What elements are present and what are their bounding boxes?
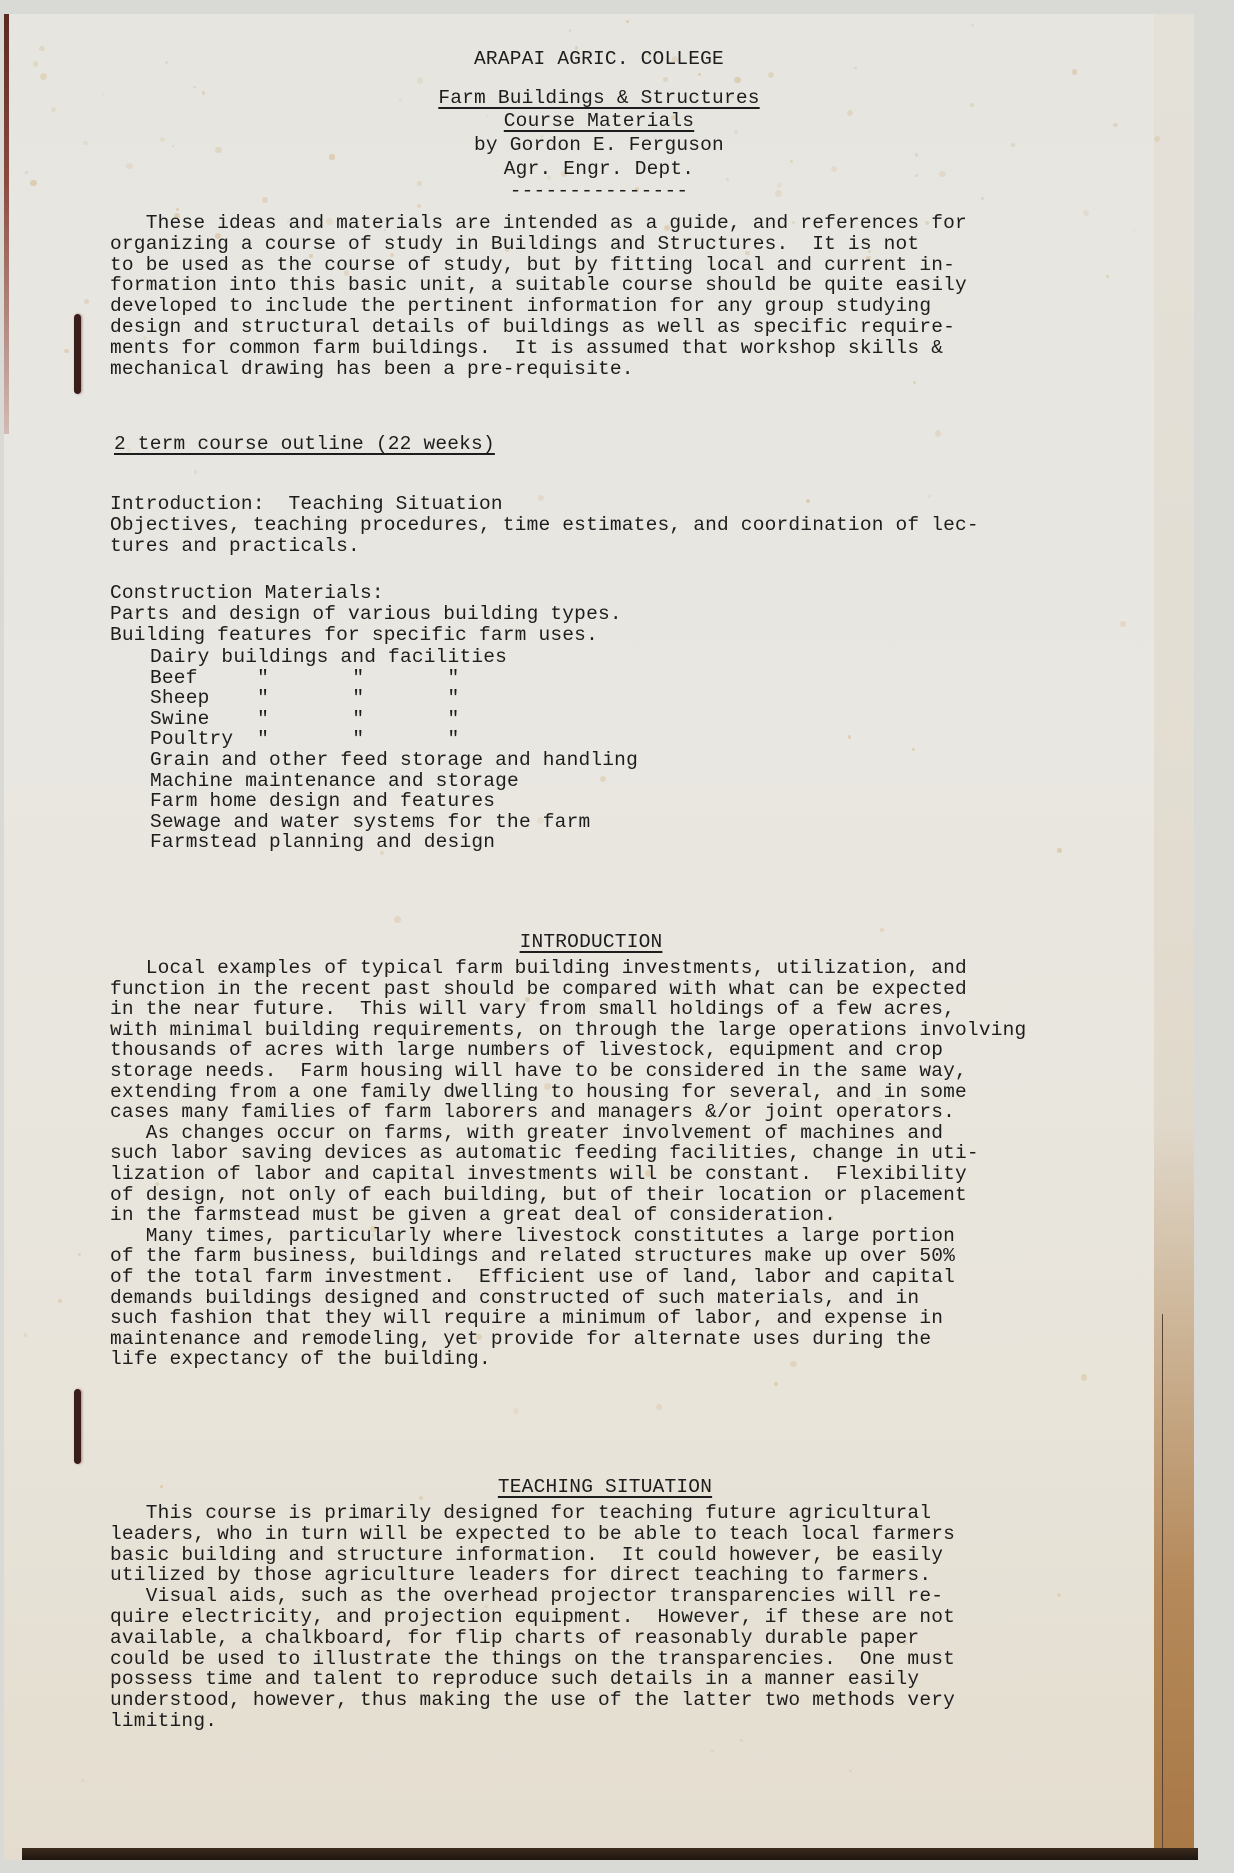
teaching-line: could be used to illustrate the things o…: [110, 1648, 955, 1670]
teaching-line: limiting.: [110, 1710, 217, 1732]
document-subtitle: Course Materials: [4, 110, 1194, 132]
outline-sub-item: Farm home design and features: [150, 790, 495, 812]
teaching-line: quire electricity, and projection equipm…: [110, 1606, 955, 1628]
introduction-line: Many times, particularly where livestock…: [110, 1225, 955, 1247]
introduction-line: cases many families of farm laborers and…: [110, 1101, 955, 1123]
introduction-line: with minimal building requirements, on t…: [110, 1019, 1026, 1041]
outline-sub-item: Sheep " " ": [150, 687, 459, 709]
preface-line: These ideas and materials are intended a…: [110, 212, 967, 234]
staple-icon: [74, 314, 81, 394]
introduction-line: function in the recent past should be co…: [110, 978, 967, 1000]
teaching-line: This course is primarily designed for te…: [110, 1502, 931, 1524]
outline-sub-item: Grain and other feed storage and handlin…: [150, 749, 638, 771]
preface-line: ments for common farm buildings. It is a…: [110, 337, 943, 359]
introduction-line: thousands of acres with large numbers of…: [110, 1039, 943, 1061]
outline-sub-item: Poultry " " ": [150, 728, 459, 750]
introduction-line: lization of labor and capital investment…: [110, 1163, 967, 1185]
document-title: Farm Buildings & Structures: [4, 87, 1194, 109]
page-stain: [4, 14, 9, 434]
staple-icon: [74, 1389, 81, 1464]
teaching-line: understood, however, thus making the use…: [110, 1689, 955, 1711]
introduction-heading: INTRODUCTION: [0, 931, 1186, 953]
outline-sub-item: Farmstead planning and design: [150, 831, 495, 853]
introduction-line: in the farmstead must be given a great d…: [110, 1204, 836, 1226]
outline-sub-item: Sewage and water systems for the farm: [150, 811, 590, 833]
introduction-line: demands buildings designed and construct…: [110, 1287, 919, 1309]
outline-sub-item: Dairy buildings and facilities: [150, 646, 507, 668]
outline-intro-line: tures and practicals.: [110, 535, 360, 557]
preface-line: to be used as the course of study, but b…: [110, 254, 955, 276]
teaching-line: possess time and talent to reproduce suc…: [110, 1668, 919, 1690]
outline-construction-line: Building features for specific farm uses…: [110, 624, 598, 646]
teaching-line: leaders, who in turn will be expected to…: [110, 1523, 955, 1545]
preface-line: developed to include the pertinent infor…: [110, 295, 931, 317]
teaching-situation-heading: TEACHING SITUATION: [10, 1476, 1200, 1498]
introduction-line: storage needs. Farm housing will have to…: [110, 1060, 967, 1082]
outline-intro-line: Introduction: Teaching Situation: [110, 493, 503, 515]
department: Agr. Engr. Dept.: [4, 158, 1194, 180]
preface-line: design and structural details of buildin…: [110, 316, 955, 338]
outline-sub-item: Machine maintenance and storage: [150, 770, 519, 792]
outline-intro-line: Objectives, teaching procedures, time es…: [110, 514, 979, 536]
teaching-line: basic building and structure information…: [110, 1544, 943, 1566]
document-page: ARAPAI AGRIC. COLLEGE Farm Buildings & S…: [4, 14, 1194, 1860]
outline-construction-line: Parts and design of various building typ…: [110, 603, 622, 625]
outline-sub-item: Swine " " ": [150, 708, 459, 730]
introduction-line: life expectancy of the building.: [110, 1348, 491, 1370]
author: by Gordon E. Ferguson: [4, 134, 1194, 156]
preface-line: mechanical drawing has been a pre-requis…: [110, 358, 634, 380]
outline-construction-line: Construction Materials:: [110, 582, 384, 604]
introduction-line: of design, not only of each building, bu…: [110, 1184, 967, 1206]
preface-line: organizing a course of study in Building…: [110, 233, 919, 255]
introduction-line: such fashion that they will require a mi…: [110, 1307, 943, 1329]
teaching-line: Visual aids, such as the overhead projec…: [110, 1585, 943, 1607]
outline-heading: 2 term course outline (22 weeks): [114, 433, 495, 455]
introduction-line: maintenance and remodeling, yet provide …: [110, 1328, 931, 1350]
teaching-line: available, a chalkboard, for flip charts…: [110, 1627, 919, 1649]
introduction-line: such labor saving devices as automatic f…: [110, 1142, 979, 1164]
teaching-line: utilized by those agriculture leaders fo…: [110, 1564, 931, 1586]
introduction-line: Local examples of typical farm building …: [110, 957, 967, 979]
separator: ---------------: [4, 180, 1194, 202]
preface-line: formation into this basic unit, a suitab…: [110, 274, 967, 296]
introduction-line: of the total farm investment. Efficient …: [110, 1266, 955, 1288]
introduction-line: extending from a one family dwelling to …: [110, 1081, 967, 1103]
outline-sub-item: Beef " " ": [150, 667, 459, 689]
institution-name: ARAPAI AGRIC. COLLEGE: [4, 48, 1194, 70]
page-bottom-edge: [22, 1848, 1198, 1860]
introduction-line: of the farm business, buildings and rela…: [110, 1245, 955, 1267]
introduction-line: As changes occur on farms, with greater …: [110, 1122, 943, 1144]
introduction-line: in the near future. This will vary from …: [110, 998, 955, 1020]
